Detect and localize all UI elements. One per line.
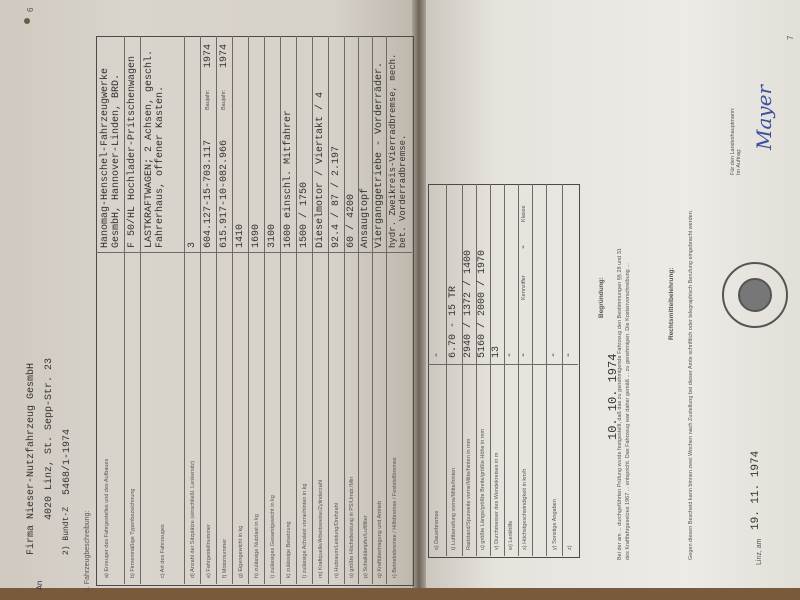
row-value: -	[564, 352, 575, 358]
row-label: p) Schalldämpfer/Luftfilter	[363, 515, 369, 578]
place-date-label: Linz, am	[756, 539, 763, 565]
row-label: d) Anzahl der Sitzplätze (einschließl. L…	[190, 461, 196, 578]
baujahr-label: Baujahr:	[221, 90, 227, 111]
signature-block: Für den Landeshauptmann: Im Auftrag:	[730, 105, 742, 175]
recipient-address: 4020 Linz, St. Sepp-Str. 23	[44, 358, 55, 520]
row-value: 6.70 - 15 TR	[448, 286, 459, 358]
row-value: F 50/HL Hochlader-Pritschenwagen	[127, 56, 138, 248]
row-label: b) Firmenmäßige Typenbezeichnung	[130, 489, 136, 578]
baujahr-value: 1974	[203, 44, 214, 68]
row-label: y) Sonstige Angaben	[552, 499, 558, 550]
row-value: Ansaugtopf	[360, 188, 371, 248]
row-value: 2940 / 1372 / 1400	[463, 250, 474, 358]
rechtsmittel-text: Gegen diesen Bescheid kann binnen zwei W…	[688, 110, 694, 560]
kennziffer-value: -	[519, 244, 530, 250]
row-label: s) Dauerbremse	[434, 511, 440, 550]
row-label: u) größte Länge/größte Breite/größte Höh…	[480, 429, 486, 550]
row-value: 5160 / 2000 / 1970	[477, 250, 488, 358]
row-label: l) zulässige Achslast vorne/hinten in kg	[302, 484, 308, 578]
row-value: Vierganggetriebe - Vorderräder.	[374, 62, 385, 248]
row-value: -	[505, 352, 516, 358]
rechtsmittel-title: Rechtsmittelbelehrung:	[668, 267, 675, 340]
kennziffer-label: Kennziffer	[521, 275, 527, 300]
baujahr-label: Baujahr:	[205, 90, 211, 111]
row-value: -	[549, 352, 560, 358]
row-label: i) zulässiges Gesamtgewicht in kg	[270, 495, 276, 578]
row-value: 604.127-15-703.117	[203, 140, 214, 248]
baujahr-value: 1974	[219, 44, 230, 68]
right-page-number: 7	[786, 36, 795, 40]
row-label: o) größte Höchstleistung in PS/Umdr./Min	[349, 477, 355, 578]
row-value: 60 / 4200	[346, 194, 357, 248]
column-divider	[96, 252, 412, 253]
an-label: An	[36, 580, 45, 590]
punch-hole	[24, 18, 30, 24]
row-label: g) Eigengewicht in kg	[238, 526, 244, 578]
row-label: x) Höchstgeschwindigkeit in km/h	[522, 469, 528, 550]
coat-of-arms-icon	[738, 278, 772, 312]
row-value: 615.917-10-082.966	[219, 140, 230, 248]
left-page-number: 6	[26, 8, 35, 12]
row-value: 1600 einschl. Mitfahrer	[283, 110, 294, 248]
row-value: 1500 / 1750	[299, 182, 310, 248]
handwritten-signature: Mayer	[752, 85, 776, 150]
begruendung-text: Bei der am ... durchgeführten Prüfung wu…	[616, 240, 632, 560]
row-value: 1410	[235, 224, 246, 248]
klasse-label: Klasse	[521, 205, 527, 222]
row-value: -	[519, 352, 530, 358]
place-date: 19. 11. 1974	[750, 451, 762, 530]
row-label: f) Motornummer	[222, 539, 228, 578]
row-label: v) Durchmesser des Wendekreises in m	[494, 453, 500, 550]
table-surface	[0, 588, 800, 600]
row-value: 3100	[267, 224, 278, 248]
row-value: -	[432, 352, 443, 358]
row-label: q) Kraftübertragung und Antrieb	[377, 501, 383, 578]
row-value: hydr. Zweikreis-Vierradbremse, mech. bet…	[388, 28, 408, 248]
recipient: Firma Nieser-Nutzfahrzeug GesmbH	[26, 363, 37, 555]
reference-label: 2) Bundt-Z	[62, 507, 71, 555]
row-value: 1690	[251, 224, 262, 248]
row-label: h) zulässige Nutzlast in kg	[254, 514, 260, 578]
row-label: e) Fahrgestellnummer	[206, 524, 212, 578]
row-label: c) Art des Fahrzeuges	[160, 524, 166, 578]
row-label: a) Erzeuger des Fahrgestelles und des Au…	[104, 459, 110, 578]
row-value: Hanomag-Henschel-Fahrzeugwerke GesmbH, H…	[100, 28, 122, 248]
row-label: Radstand/Spurweite vorne/Mitte/hinten in…	[466, 439, 472, 550]
row-label: z)	[567, 545, 573, 550]
column-divider	[428, 364, 578, 365]
row-value: LASTKRAFTWAGEN; 2 Achsen, geschl. Fahrer…	[144, 23, 166, 248]
row-value: 92.4 / 87 / 2.197	[331, 146, 342, 248]
begruendung-title: Begründung:	[598, 277, 605, 318]
reference-number: 5468/1-1974	[62, 429, 73, 495]
row-label: r) Betriebsbremse / Hilfsbremse / Festst…	[392, 457, 398, 578]
row-label: t) Luftbereifung vorne/Mitte/hinten	[451, 468, 457, 550]
row-label: n) Hubraum/Leistung/Drehzahl	[334, 503, 340, 578]
binding-spine	[412, 0, 426, 600]
row-value: 3	[187, 242, 198, 248]
row-label: m) Kraftquelle/Arbeitsweise/Zylinderzahl	[318, 480, 324, 578]
row-label: w) Lenkhilfe	[508, 521, 514, 550]
row-label: k) zulässige Besetzung	[286, 521, 292, 578]
row-value: 13	[491, 346, 502, 358]
row-value: Dieselmotor / Viertakt / 4	[315, 92, 326, 248]
section-title: 3. Fahrzeugbeschreibung:	[84, 511, 91, 592]
